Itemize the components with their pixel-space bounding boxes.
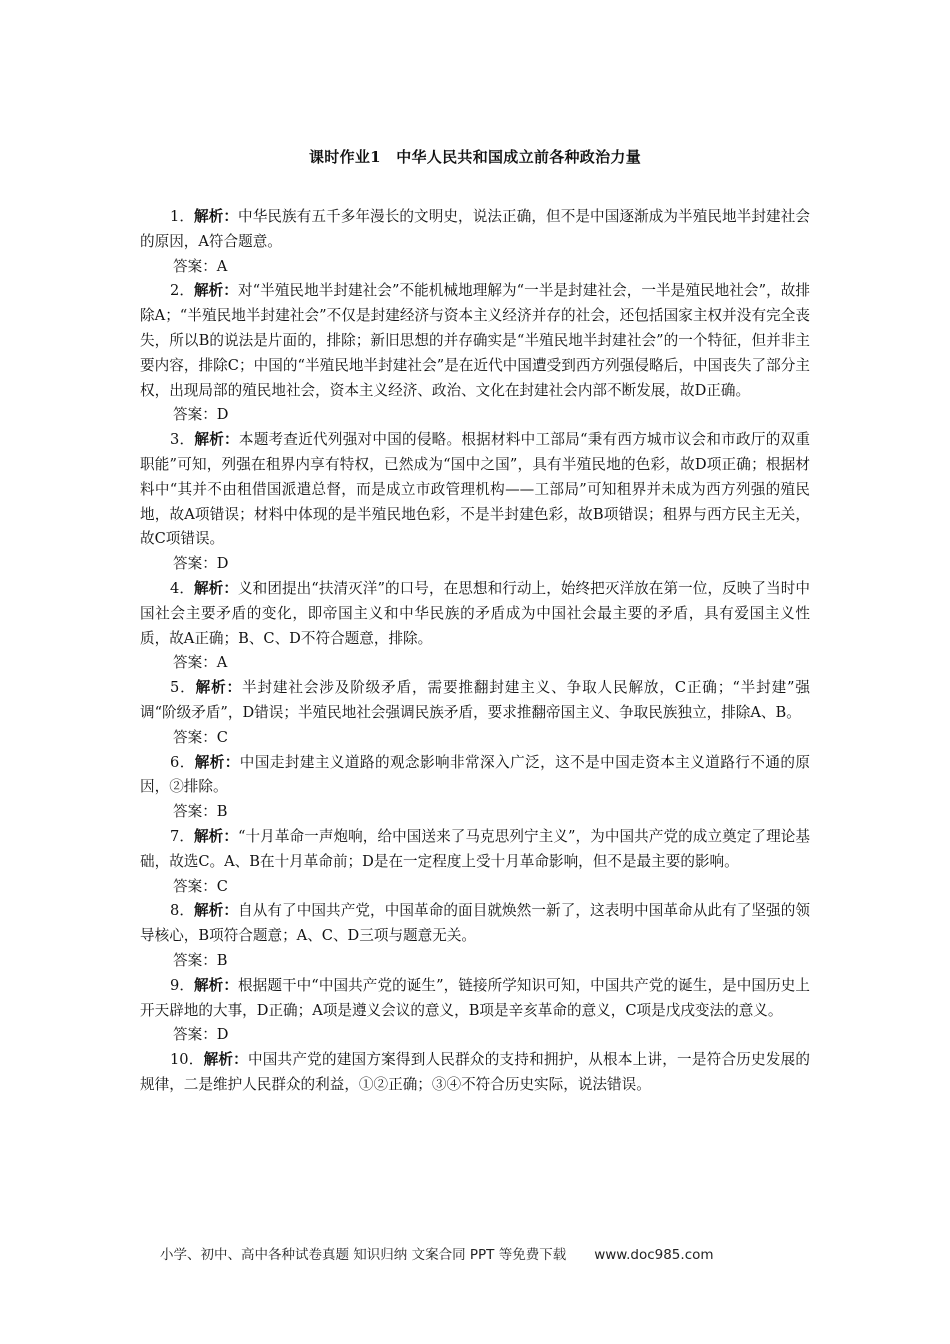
analysis-label: 解析：	[195, 754, 240, 771]
answer-value: C	[217, 729, 228, 746]
analysis-text: 根据题干中“中国共产党的诞生”，链接所学知识可知，中国共产党的诞生，是中国历史上…	[140, 977, 810, 1019]
analysis-text: “十月革命一声炮响，给中国送来了马克思列宁主义”，为中国共产党的成立奠定了理论基…	[140, 828, 810, 870]
analysis-label: 解析：	[194, 902, 238, 919]
footer-url-link[interactable]: www.doc985.com	[594, 1247, 713, 1263]
analysis-label: 解析：	[204, 1051, 248, 1068]
analysis-item-3: 3．解析：本题考查近代列强对中国的侵略。根据材料中工部局“秉有西方城市议会和市政…	[140, 428, 810, 552]
answer-value: D	[217, 1026, 229, 1043]
analysis-label: 解析：	[194, 431, 239, 448]
item-number: 9．	[170, 977, 194, 994]
answer-item-9: 答案：D	[140, 1023, 810, 1048]
item-number: 8．	[170, 902, 194, 919]
analysis-item-9: 9．解析：根据题干中“中国共产党的诞生”，链接所学知识可知，中国共产党的诞生，是…	[140, 974, 810, 1024]
analysis-text: 本题考查近代列强对中国的侵略。根据材料中工部局“秉有西方城市议会和市政厅的双重职…	[140, 431, 810, 547]
analysis-label: 解析：	[194, 580, 238, 597]
answer-item-2: 答案：D	[140, 403, 810, 428]
answer-value: B	[217, 952, 228, 969]
answer-label: 答案：	[173, 654, 217, 671]
answer-item-8: 答案：B	[140, 949, 810, 974]
item-number: 5．	[170, 679, 196, 696]
answer-item-3: 答案：D	[140, 552, 810, 577]
answer-label: 答案：	[173, 258, 217, 275]
answer-label: 答案：	[173, 729, 217, 746]
analysis-label: 解析：	[194, 828, 238, 845]
item-number: 1．	[170, 208, 194, 225]
answer-label: 答案：	[173, 555, 217, 572]
footer-text: 小学、初中、高中各种试卷真题 知识归纳 文案合同 PPT 等免费下载	[160, 1247, 566, 1263]
answer-value: D	[217, 555, 229, 572]
analysis-item-2: 2．解析：对“半殖民地半封建社会”不能机械地理解为“一半是封建社会，一半是殖民地…	[140, 279, 810, 403]
answer-item-4: 答案：A	[140, 651, 810, 676]
analysis-item-4: 4．解析：义和团提出“扶清灭洋”的口号，在思想和行动上，始终把灭洋放在第一位，反…	[140, 577, 810, 651]
item-number: 7．	[170, 828, 194, 845]
answer-item-5: 答案：C	[140, 726, 810, 751]
answer-label: 答案：	[173, 406, 217, 423]
answer-value: A	[217, 654, 228, 671]
analysis-label: 解析：	[196, 679, 242, 696]
document-body: 1．解析：中华民族有五千多年漫长的文明史，说法正确，但不是中国逐渐成为半殖民地半…	[140, 205, 810, 1098]
page-title: 课时作业1 中华人民共和国成立前各种政治力量	[140, 146, 810, 167]
answer-label: 答案：	[173, 803, 217, 820]
answer-label: 答案：	[173, 1026, 217, 1043]
analysis-item-5: 5．解析：半封建社会涉及阶级矛盾，需要推翻封建主义、争取人民解放，C正确；“半封…	[140, 676, 810, 726]
answer-item-7: 答案：C	[140, 875, 810, 900]
analysis-text: 对“半殖民地半封建社会”不能机械地理解为“一半是封建社会，一半是殖民地社会”，故…	[140, 282, 810, 398]
item-number: 4．	[170, 580, 194, 597]
answer-label: 答案：	[173, 952, 217, 969]
analysis-item-8: 8．解析：自从有了中国共产党，中国革命的面目就焕然一新了，这表明中国革命从此有了…	[140, 899, 810, 949]
item-number: 2．	[170, 282, 194, 299]
analysis-item-6: 6．解析：中国走封建主义道路的观念影响非常深入广泛，这不是中国走资本主义道路行不…	[140, 751, 810, 801]
answer-item-6: 答案：B	[140, 800, 810, 825]
analysis-label: 解析：	[194, 208, 238, 225]
analysis-text: 中华民族有五千多年漫长的文明史，说法正确，但不是中国逐渐成为半殖民地半封建社会的…	[140, 208, 810, 250]
analysis-text: 自从有了中国共产党，中国革命的面目就焕然一新了，这表明中国革命从此有了坚强的领导…	[140, 902, 810, 944]
analysis-label: 解析：	[194, 282, 238, 299]
analysis-item-1: 1．解析：中华民族有五千多年漫长的文明史，说法正确，但不是中国逐渐成为半殖民地半…	[140, 205, 810, 255]
item-number: 10．	[170, 1051, 204, 1068]
analysis-text: 义和团提出“扶清灭洋”的口号，在思想和行动上，始终把灭洋放在第一位，反映了当时中…	[140, 580, 810, 647]
answer-label: 答案：	[173, 878, 217, 895]
answer-value: C	[217, 878, 228, 895]
answer-item-1: 答案：A	[140, 255, 810, 280]
analysis-item-7: 7．解析：“十月革命一声炮响，给中国送来了马克思列宁主义”，为中国共产党的成立奠…	[140, 825, 810, 875]
answer-value: D	[217, 406, 229, 423]
analysis-label: 解析：	[194, 977, 238, 994]
answer-value: A	[217, 258, 228, 275]
analysis-text: 中国走封建主义道路的观念影响非常深入广泛，这不是中国走资本主义道路行不通的原因，…	[140, 754, 810, 796]
answer-value: B	[217, 803, 228, 820]
page-footer: 小学、初中、高中各种试卷真题 知识归纳 文案合同 PPT 等免费下载www.do…	[160, 1243, 800, 1263]
item-number: 3．	[170, 431, 194, 448]
analysis-item-10: 10．解析：中国共产党的建国方案得到人民群众的支持和拥护，从根本上讲，一是符合历…	[140, 1048, 810, 1098]
item-number: 6．	[170, 754, 195, 771]
